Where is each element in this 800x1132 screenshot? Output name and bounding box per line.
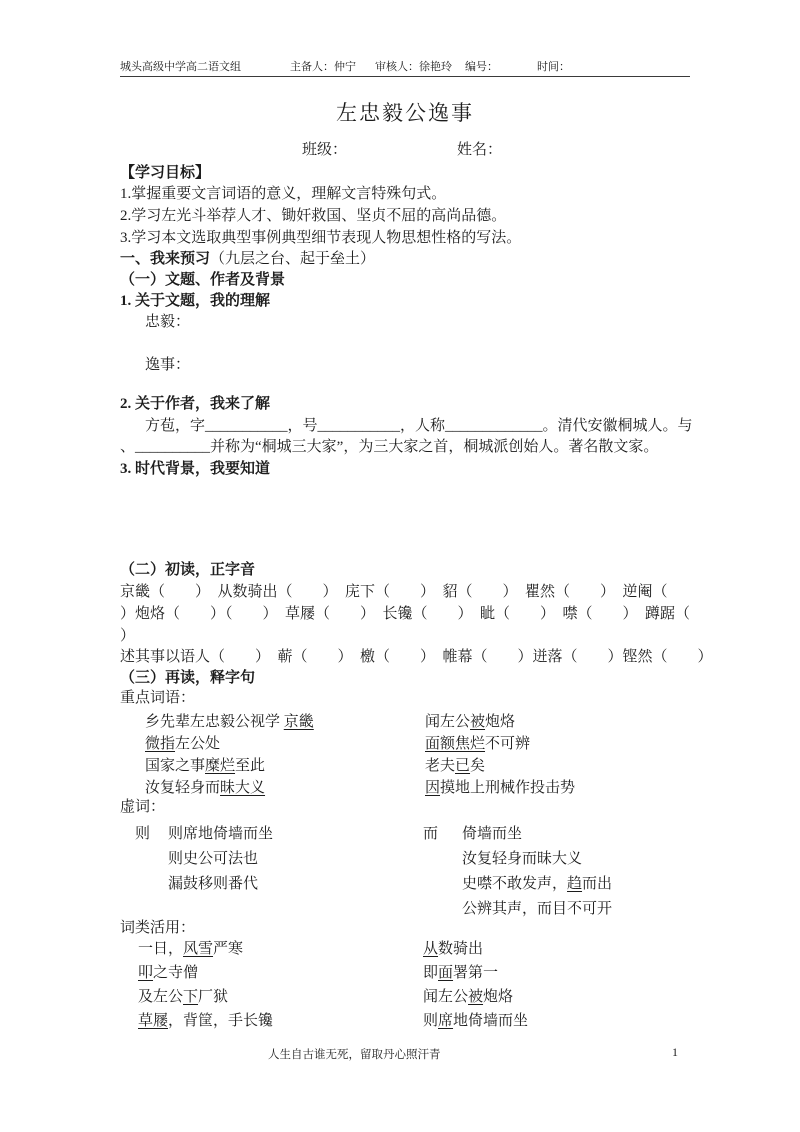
phrase-pre: 一日， xyxy=(138,941,183,957)
term-zhongyi: 忠毅： xyxy=(145,312,190,332)
xuci-row: 漏鼓移则番代 史噤不敢发声，趋而出 xyxy=(120,872,740,894)
xuci-label: 虚词： xyxy=(120,797,165,817)
phrase-post: 严寒 xyxy=(213,941,243,957)
pinyin-line-3: ） xyxy=(120,626,135,646)
phrase-pre: 及左公 xyxy=(138,989,183,1005)
underlined-term: 被 xyxy=(470,714,485,730)
page-title: 左忠毅公逸事 xyxy=(120,98,690,128)
underlined-term: 叩 xyxy=(138,965,153,981)
phrase-post: 而出 xyxy=(582,876,612,892)
underlined-term: 被 xyxy=(468,989,483,1005)
underlined-term: 面额焦烂 xyxy=(425,736,485,752)
huoyong-phrase: 草屦，背筐，手长镵 xyxy=(138,1009,273,1030)
objective-1: 1.掌握重要文言词语的意义，理解文言特殊句式。 xyxy=(120,184,446,204)
class-label: 班级： xyxy=(302,140,347,160)
phrase-pre: 闻左公 xyxy=(425,714,470,730)
phrase-pre: 公辨其声，而目不可开 xyxy=(462,901,612,917)
xuci-phrase: 史噤不敢发声，趋而出 xyxy=(462,872,612,893)
keyword-phrase: 老夫已矣 xyxy=(425,754,485,775)
xuci-row: 公辨其声，而目不可开 xyxy=(120,897,740,919)
preview-heading-note: （九层之台、起于垒土） xyxy=(210,251,375,267)
keyword-phrase: 面额焦烂不可辨 xyxy=(425,732,530,753)
phrase-pre: 乡先辈左忠毅公视学 xyxy=(145,714,284,730)
phrase-post: 之寺僧 xyxy=(153,965,198,981)
phrase-post: 厂狱 xyxy=(198,989,228,1005)
keyword-row: 汝复轻身而昧大义 因摸地上刑械作投击势 xyxy=(120,776,740,798)
phrase-post: 左公处 xyxy=(175,736,220,752)
underlined-term: 已 xyxy=(455,758,470,774)
phrase-pre: 闻左公 xyxy=(423,989,468,1005)
preview-heading-bold: 一、我来预习 xyxy=(120,251,210,267)
phrase-pre: 汝复轻身而 xyxy=(145,780,220,796)
underlined-term: 微指 xyxy=(145,736,175,752)
header-preparer: 主备人：仲宁 xyxy=(290,60,356,75)
phrase-post: 炮烙 xyxy=(485,714,515,730)
huoyong-phrase: 则席地倚墙而坐 xyxy=(423,1009,528,1030)
part1-q1-heading: 1. 关于文题，我的理解 xyxy=(120,291,270,311)
xuci-phrase: 倚墙而坐 xyxy=(462,822,522,843)
phrase-pre: 老夫 xyxy=(425,758,455,774)
underlined-term: 下 xyxy=(183,989,198,1005)
phrase-post: 摸地上刑械作投击势 xyxy=(440,780,575,796)
phrase-post: 署第一 xyxy=(453,965,498,981)
objectives-heading: 【学习目标】 xyxy=(120,163,210,183)
part3-heading: （三）再读，释字句 xyxy=(120,668,255,688)
xuci-phrase: 则史公可法也 xyxy=(168,847,258,868)
huoyong-row: 及左公下厂狱 闻左公被炮烙 xyxy=(120,985,740,1007)
phrase-post: 至此 xyxy=(235,758,265,774)
pinyin-line-1: 京畿（ ） 从数骑出（ ） 庑下（ ） 貂（ ） 瞿然（ ） 逆阉（ xyxy=(120,582,668,602)
page-header: 城头高级中学高二语文组 主备人：仲宁 审核人：徐艳玲 编号： 时间： xyxy=(120,60,690,77)
keyword-row: 微指左公处 面额焦烂不可辨 xyxy=(120,732,740,754)
huoyong-label: 词类活用： xyxy=(120,918,195,938)
keyword-phrase: 因摸地上刑械作投击势 xyxy=(425,776,575,797)
part1-q3-heading: 3. 时代背景，我要知道 xyxy=(120,459,270,479)
footer-motto: 人生自古谁无死，留取丹心照汗青 xyxy=(268,1046,441,1062)
keyword-phrase: 汝复轻身而昧大义 xyxy=(145,776,265,797)
underlined-term: 糜烂 xyxy=(205,758,235,774)
xuci-phrase: 则席地倚墙而坐 xyxy=(168,822,273,843)
underlined-term: 京畿 xyxy=(284,714,314,730)
phrase-post: 地倚墙而坐 xyxy=(453,1013,528,1029)
underlined-term: 草屦 xyxy=(138,1013,168,1029)
keywords-label: 重点词语： xyxy=(120,688,195,708)
header-number-label: 编号： xyxy=(465,60,498,75)
part1-q2-heading: 2. 关于作者，我来了解 xyxy=(120,394,270,414)
phrase-post: 不可辨 xyxy=(485,736,530,752)
keyword-phrase: 国家之事糜烂至此 xyxy=(145,754,265,775)
phrase-pre: 史噤不敢发声， xyxy=(462,876,567,892)
phrase-pre: 国家之事 xyxy=(145,758,205,774)
underlined-term: 席 xyxy=(438,1013,453,1029)
xuci-phrase: 漏鼓移则番代 xyxy=(168,872,258,893)
xuci-row: 则 则席地倚墙而坐 而 倚墙而坐 xyxy=(120,822,740,844)
xuci-ze-label: 则 xyxy=(135,822,150,843)
xuci-row: 则史公可法也 汝复轻身而昧大义 xyxy=(120,847,740,869)
underlined-term: 面 xyxy=(438,965,453,981)
huoyong-phrase: 闻左公被炮烙 xyxy=(423,985,513,1006)
huoyong-row: 叩之寺僧 即面署第一 xyxy=(120,961,740,983)
huoyong-phrase: 及左公下厂狱 xyxy=(138,985,228,1006)
objective-3: 3.学习本文选取典型事例典型细节表现人物思想性格的写法。 xyxy=(120,228,521,248)
keyword-row: 乡先辈左忠毅公视学 京畿 闻左公被炮烙 xyxy=(120,710,740,732)
page-number: 1 xyxy=(672,1045,678,1060)
phrase-pre: 倚墙而坐 xyxy=(462,826,522,842)
underlined-term: 风雪 xyxy=(183,941,213,957)
preview-section-heading: 一、我来预习（九层之台、起于垒土） xyxy=(120,249,375,269)
xuci-phrase: 公辨其声，而目不可开 xyxy=(462,897,612,918)
keyword-phrase: 闻左公被炮烙 xyxy=(425,710,515,731)
pinyin-line-2: ）炮烙（ ）（ ） 草屦（ ） 长镵（ ） 眦（ ） 噤（ ） 蹲踞（ xyxy=(120,604,690,624)
author-fill-line-1: 方苞，字___________，号___________，人称_________… xyxy=(145,416,693,436)
name-label: 姓名： xyxy=(457,140,502,160)
phrase-post: 炮烙 xyxy=(483,989,513,1005)
phrase-pre: 汝复轻身而昧大义 xyxy=(462,851,582,867)
xuci-phrase: 汝复轻身而昧大义 xyxy=(462,847,582,868)
huoyong-phrase: 一日，风雪严寒 xyxy=(138,937,243,958)
keyword-row: 国家之事糜烂至此 老夫已矣 xyxy=(120,754,740,776)
header-school-group: 城头高级中学高二语文组 xyxy=(120,60,241,75)
part2-heading: （二）初读，正字音 xyxy=(120,560,255,580)
objective-2: 2.学习左光斗举荐人才、锄奸救国、坚贞不屈的高尚品德。 xyxy=(120,206,506,226)
huoyong-row: 一日，风雪严寒 从数骑出 xyxy=(120,937,740,959)
header-reviewer: 审核人：徐艳玲 xyxy=(375,60,452,75)
huoyong-row: 草屦，背筐，手长镵 则席地倚墙而坐 xyxy=(120,1009,740,1031)
phrase-post: 矣 xyxy=(470,758,485,774)
huoyong-phrase: 从数骑出 xyxy=(423,937,483,958)
phrase-pre: 即 xyxy=(423,965,438,981)
phrase-post: 数骑出 xyxy=(438,941,483,957)
author-fill-line-2: 、__________并称为“桐城三大家”，为三大家之首，桐城派创始人。著名散文… xyxy=(120,437,658,457)
underlined-term: 从 xyxy=(423,941,438,957)
header-time-label: 时间： xyxy=(537,60,570,75)
term-yishi: 逸事： xyxy=(145,355,190,375)
xuci-er-label: 而 xyxy=(423,822,438,843)
underlined-term: 昧大义 xyxy=(220,780,265,796)
huoyong-phrase: 叩之寺僧 xyxy=(138,961,198,982)
phrase-pre: 则 xyxy=(423,1013,438,1029)
underlined-term: 因 xyxy=(425,780,440,796)
underlined-term: 趋 xyxy=(567,876,582,892)
keyword-phrase: 微指左公处 xyxy=(145,732,220,753)
pinyin-line-4: 述其事以语人（ ） 蕲（ ） 檄（ ） 帷幕（ ）迸落（ ）铿然（ ） xyxy=(120,647,713,667)
worksheet-page: 城头高级中学高二语文组 主备人：仲宁 审核人：徐艳玲 编号： 时间： 左忠毅公逸… xyxy=(0,0,800,1132)
huoyong-phrase: 即面署第一 xyxy=(423,961,498,982)
part1-heading: （一）文题、作者及背景 xyxy=(120,270,285,290)
phrase-post: ，背筐，手长镵 xyxy=(168,1013,273,1029)
keyword-phrase: 乡先辈左忠毅公视学 京畿 xyxy=(145,710,314,731)
